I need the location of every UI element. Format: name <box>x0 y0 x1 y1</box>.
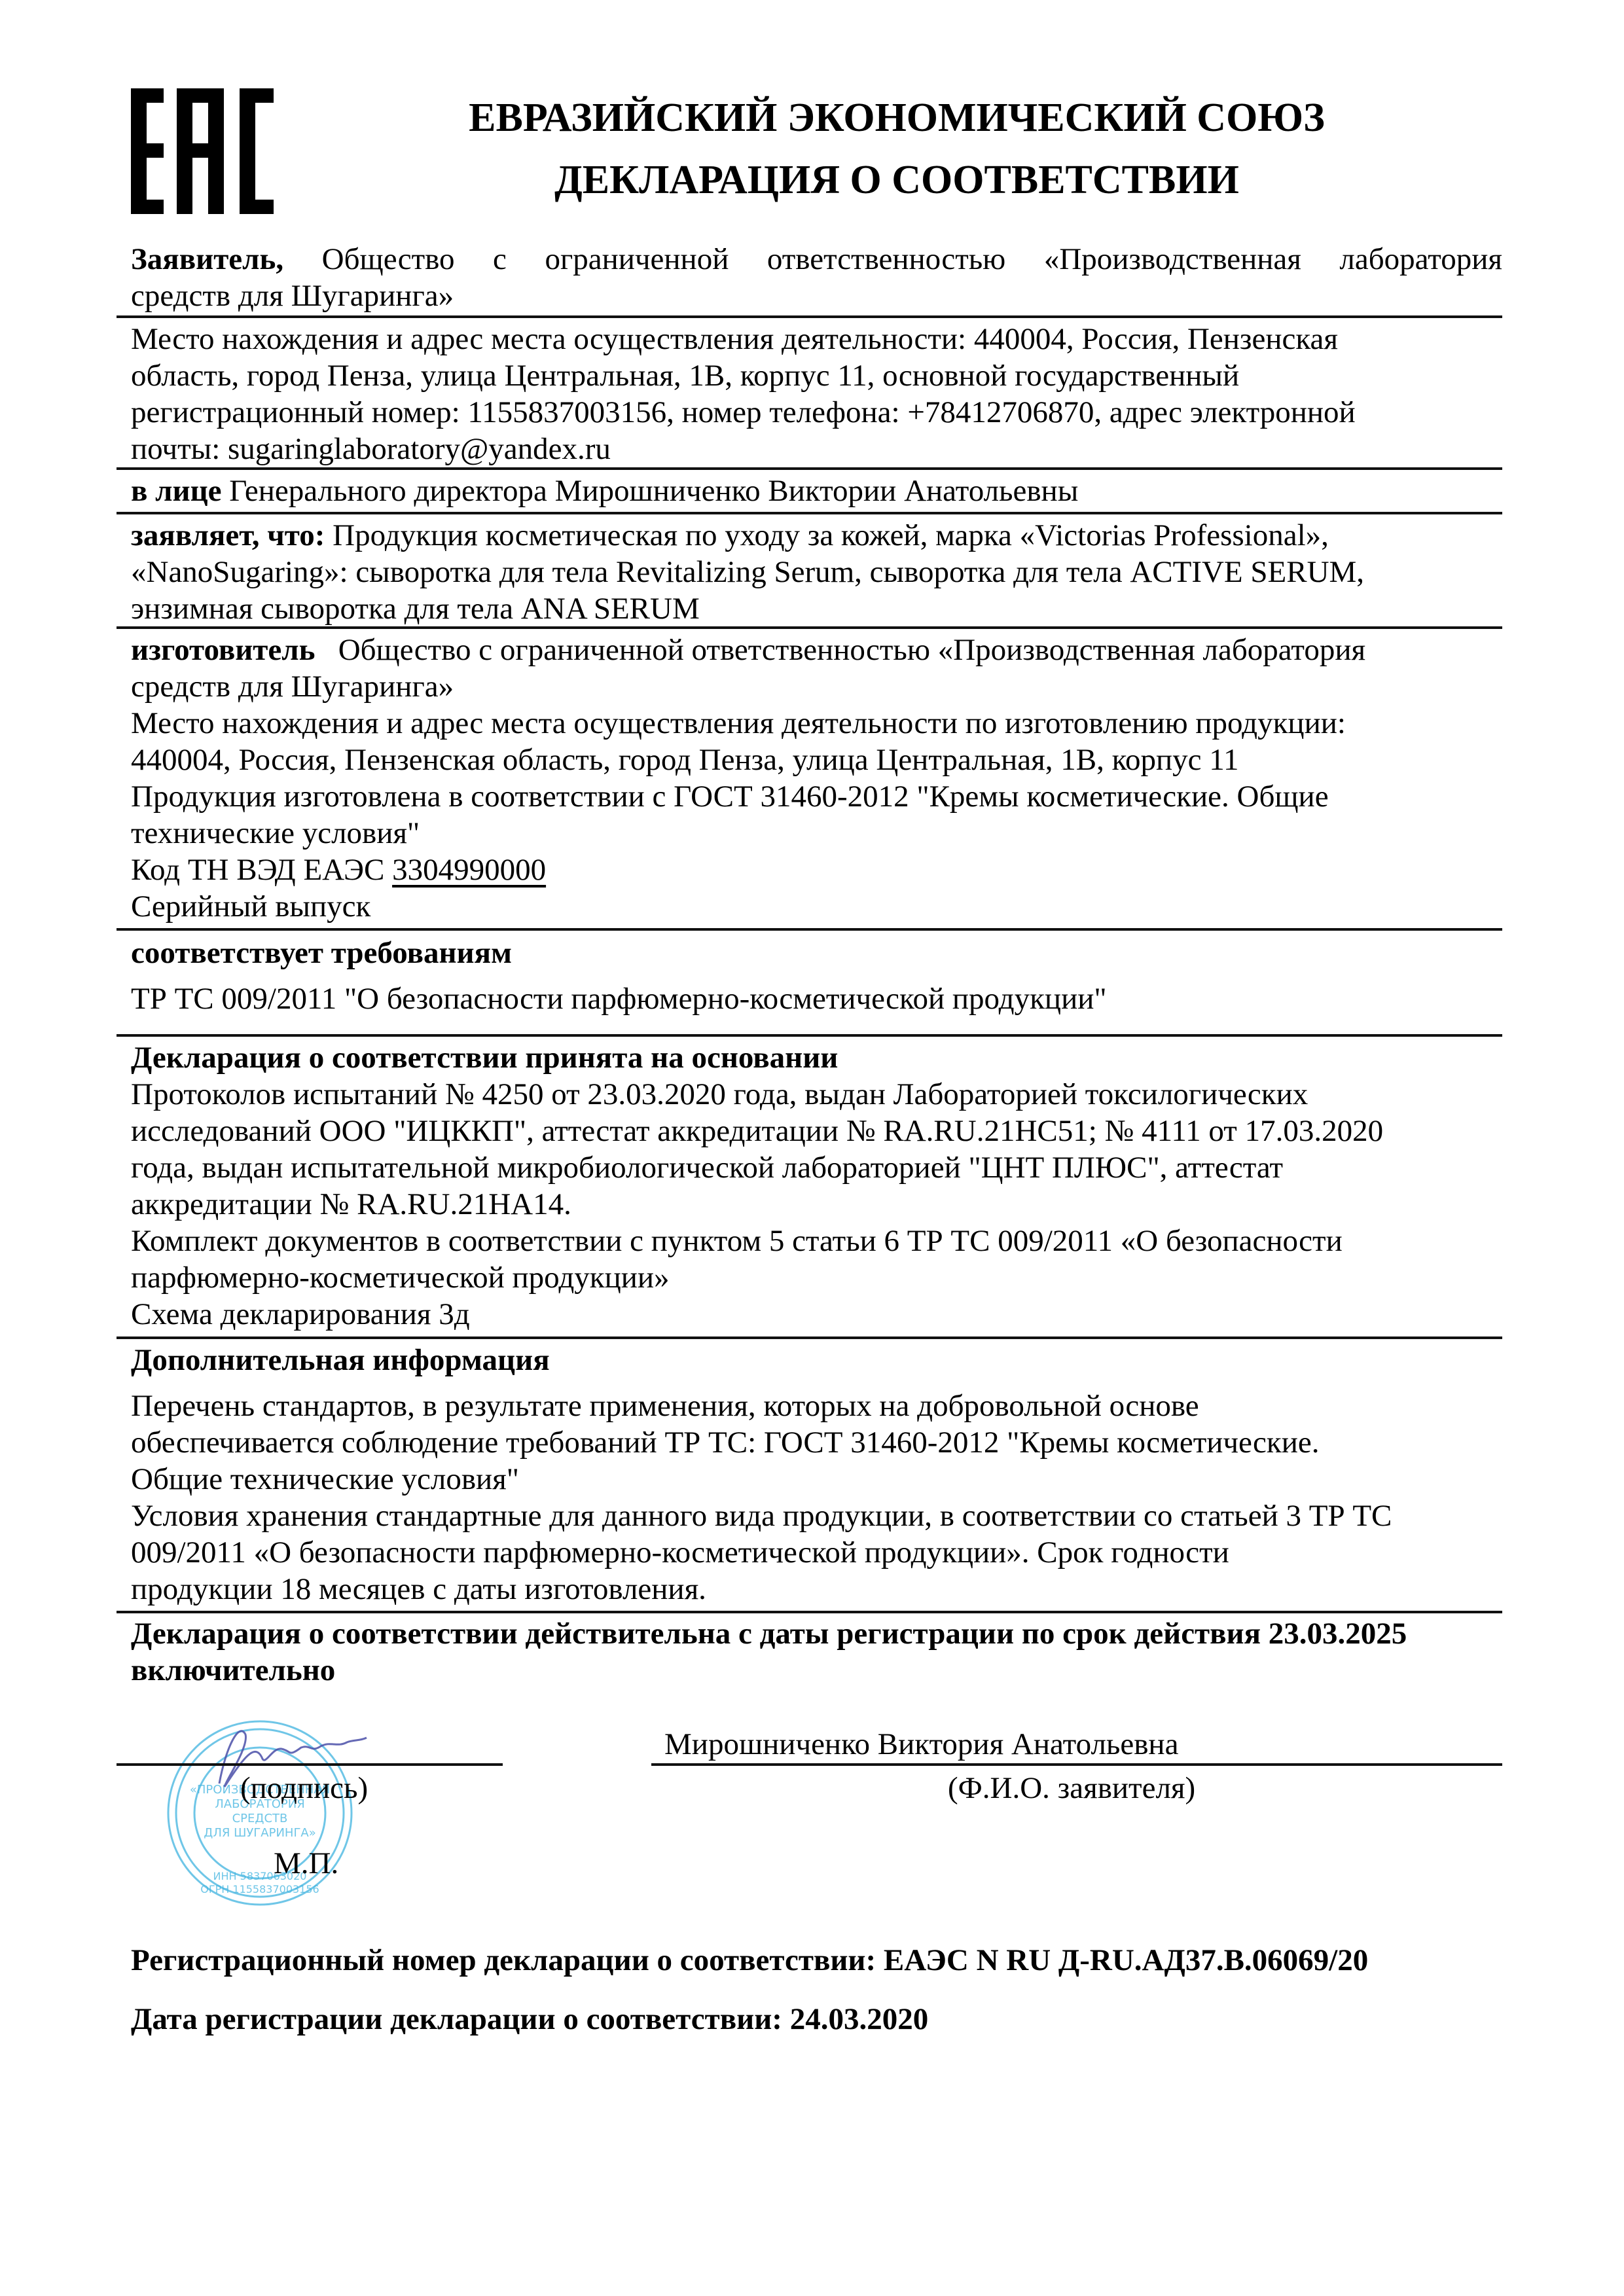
manufacturer-label: изготовитель <box>131 633 315 667</box>
complies-section: соответствует требованиям ТР ТС 009/2011… <box>131 935 1107 1017</box>
applicant-section: Заявитель, Общество с ограниченной ответ… <box>131 241 1502 314</box>
address-line: регистрационный номер: 1155837003156, но… <box>131 394 1356 431</box>
manufacturer-section: изготовитель Общество с ограниченной отв… <box>131 632 1365 925</box>
validity-text: Декларация о соответствии действительна … <box>131 1615 1407 1652</box>
representative-section: в лице Генерального директора Мирошничен… <box>131 473 1078 509</box>
applicant-name-cont: средств для Шугаринга» <box>131 278 1502 314</box>
additional-line: Условия хранения стандартные для данного… <box>131 1498 1392 1534</box>
basis-line: Комплект документов в соответствии с пун… <box>131 1223 1383 1259</box>
representative-label: в лице <box>131 474 222 508</box>
address-line: область, город Пенза, улица Центральная,… <box>131 357 1356 394</box>
manufacturing-standard: технические условия" <box>131 815 1365 852</box>
regulation: ТР ТС 009/2011 "О безопасности парфюмерн… <box>131 980 1107 1017</box>
registration-number-label: Регистрационный номер декларации о соотв… <box>131 1943 884 1977</box>
divider <box>117 626 1502 629</box>
registration-number-value: ЕАЭС N RU Д-RU.АД37.В.06069/20 <box>884 1943 1368 1977</box>
seal-caption: М.П. <box>274 1846 338 1881</box>
hs-code-label: Код ТН ВЭД ЕАЭС <box>131 853 392 887</box>
applicant-name: Общество с ограниченной ответственностью… <box>283 242 1502 276</box>
product-description-cont: энзимная сыворотка для тела ANA SERUM <box>131 590 1364 627</box>
additional-line: продукции 18 месяцев с даты изготовления… <box>131 1571 1392 1607</box>
additional-info-label: Дополнительная информация <box>131 1342 1392 1378</box>
basis-label: Декларация о соответствии принята на осн… <box>131 1039 1383 1076</box>
declares-label: заявляет, что: <box>131 518 325 552</box>
stamp-line: СРЕДСТВ <box>232 1812 288 1825</box>
additional-line: Перечень стандартов, в результате примен… <box>131 1388 1392 1424</box>
manufacturer-address: 440004, Россия, Пензенская область, горо… <box>131 742 1365 778</box>
signer-name: Мирошниченко Виктория Анатольевна <box>664 1727 1178 1762</box>
manufacturer-address: Место нахождения и адрес места осуществл… <box>131 705 1365 742</box>
divider <box>117 315 1502 318</box>
additional-info-section: Дополнительная информация Перечень станд… <box>131 1342 1392 1607</box>
representative-name: Генерального директора Мирошниченко Викт… <box>222 474 1079 508</box>
product-description-cont: «NanoSugaring»: сыворотка для тела Revit… <box>131 554 1364 590</box>
product-description: Продукция косметическая по уходу за коже… <box>325 518 1329 552</box>
signature-caption: (подпись) <box>240 1770 368 1806</box>
complies-label: соответствует требованиям <box>131 935 1107 971</box>
divider <box>117 1611 1502 1613</box>
additional-line: обеспечивается соблюдение требований ТР … <box>131 1424 1392 1461</box>
signature-line <box>117 1763 503 1766</box>
manufacturer-name-cont: средств для Шугаринга» <box>131 668 1365 705</box>
hs-code-value: 3304990000 <box>392 853 546 887</box>
manufacturing-standard: Продукция изготовлена в соответствии с Г… <box>131 778 1365 815</box>
applicant-name-line <box>651 1763 1502 1766</box>
address-line: Место нахождения и адрес места осуществл… <box>131 321 1356 357</box>
eac-logo <box>131 88 275 214</box>
company-seal: «ПРОИЗВОДСТВЕННАЯ ЛАБОРАТОРИЯ СРЕДСТВ ДЛ… <box>147 1708 373 1911</box>
registration-date-value: 24.03.2020 <box>790 2002 929 2036</box>
basis-line: исследований ООО "ИЦККП", аттестат аккре… <box>131 1113 1383 1149</box>
divider <box>117 928 1502 931</box>
registration-number: Регистрационный номер декларации о соотв… <box>131 1943 1368 1978</box>
stamp-ogrn: ОГРН 1155837003156 <box>200 1883 319 1895</box>
divider <box>117 467 1502 470</box>
validity-section: Декларация о соответствии действительна … <box>131 1615 1407 1689</box>
additional-line: Общие технические условия" <box>131 1461 1392 1498</box>
manufacturer-name: Общество с ограниченной ответственностью… <box>315 633 1365 667</box>
address-line: почты: sugaringlaboratory@yandex.ru <box>131 431 1356 467</box>
divider <box>117 512 1502 514</box>
additional-line: 009/2011 «О безопасности парфюмерно-косм… <box>131 1534 1392 1571</box>
declares-section: заявляет, что: Продукция косметическая п… <box>131 517 1364 627</box>
serial-production: Серийный выпуск <box>131 888 1365 925</box>
basis-section: Декларация о соответствии принята на осн… <box>131 1039 1383 1333</box>
declaration-document: ЕВРАЗИЙСКИЙ ЭКОНОМИЧЕСКИЙ СОЮЗ ДЕКЛАРАЦИ… <box>0 0 1624 2296</box>
registration-date: Дата регистрации декларации о соответств… <box>131 2001 928 2037</box>
registration-date-label: Дата регистрации декларации о соответств… <box>131 2002 790 2036</box>
applicant-label: Заявитель, <box>131 242 283 276</box>
basis-line: парфюмерно-косметической продукции» <box>131 1259 1383 1296</box>
address-section: Место нахождения и адрес места осуществл… <box>131 321 1356 467</box>
basis-line: аккредитации № RA.RU.21НА14. <box>131 1186 1383 1223</box>
declaration-scheme: Схема декларирования 3д <box>131 1296 1383 1333</box>
divider <box>117 1336 1502 1339</box>
basis-line: года, выдан испытательной микробиологиче… <box>131 1149 1383 1186</box>
validity-text-cont: включительно <box>131 1652 1407 1689</box>
basis-line: Протоколов испытаний № 4250 от 23.03.202… <box>131 1076 1383 1113</box>
name-caption: (Ф.И.О. заявителя) <box>948 1770 1195 1806</box>
stamp-line: ДЛЯ ШУГАРИНГА» <box>204 1826 316 1840</box>
divider <box>117 1034 1502 1037</box>
union-title: ЕВРАЗИЙСКИЙ ЭКОНОМИЧЕСКИЙ СОЮЗ <box>275 95 1519 141</box>
document-title: ДЕКЛАРАЦИЯ О СООТВЕТСТВИИ <box>275 157 1519 204</box>
